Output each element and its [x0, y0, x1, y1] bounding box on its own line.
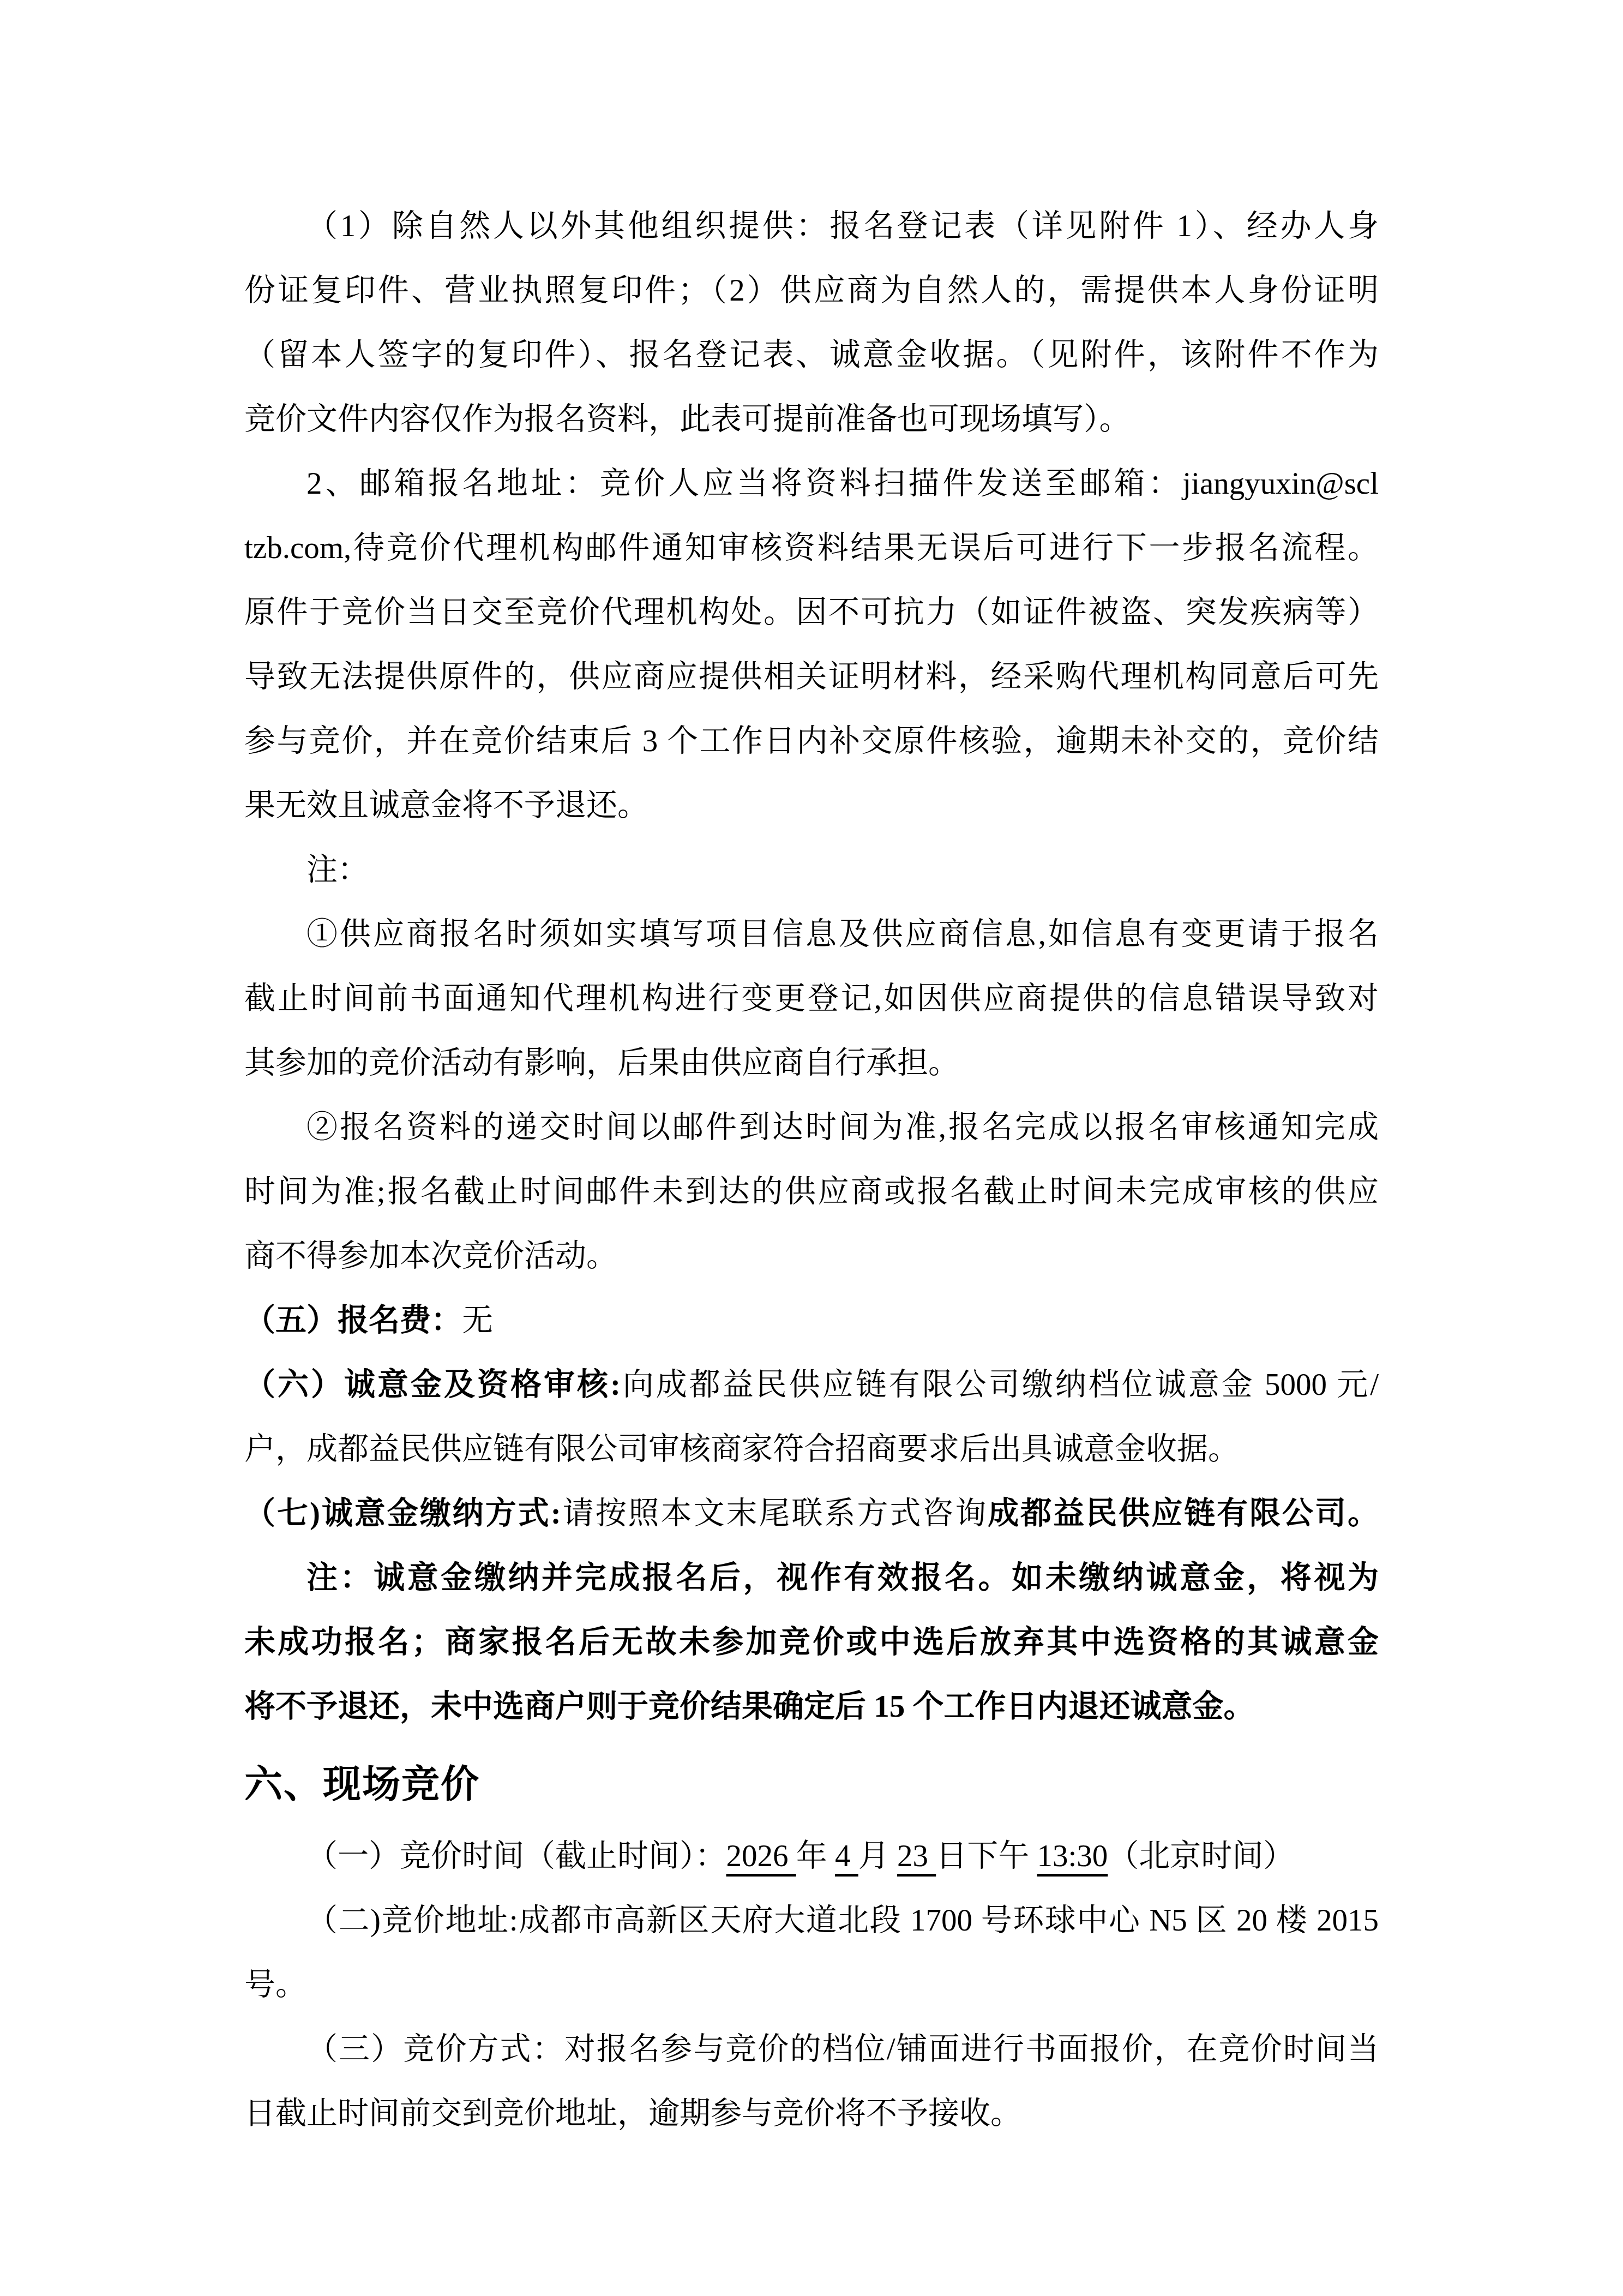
text-run: （1）除自然人以外其他组织提供：报名登记表（详见附件 1）、经办人身: [306, 209, 1379, 243]
text-run: 月: [858, 1839, 897, 1873]
text-run: （七)诚意金缴纳方式:: [244, 1496, 561, 1531]
text-line: （一）竞价时间（截止时间）：2026 年 4 月 23 日下午 13:30（北京…: [244, 1824, 1379, 1889]
text-line: 将不予退还，未中选商户则于竞价结果确定后 15 个工作日内退还诚意金。: [244, 1675, 1379, 1739]
text-run: 份证复印件、营业执照复印件；（2）供应商为自然人的，需提供本人身份证明: [244, 273, 1379, 308]
text-run: 年: [796, 1839, 835, 1873]
text-run: 请按照本文末尾联系方式咨询: [561, 1496, 988, 1531]
text-run: 日截止时间前交到竞价地址，逾期参与竞价将不予接收。: [244, 2096, 1021, 2131]
text-run: 成都益民供应链有限公司。: [988, 1496, 1379, 1531]
text-run: 竞价文件内容仅作为报名资料，此表可提前准备也可现场填写）。: [244, 402, 1131, 436]
text-run: ①供应商报名时须如实填写项目信息及供应商信息,如信息有变更请于报名: [306, 917, 1379, 951]
text-run: （六）诚意金及资格审核:: [244, 1368, 621, 1402]
text-line: ①供应商报名时须如实填写项目信息及供应商信息,如信息有变更请于报名: [244, 902, 1379, 967]
text-line: 2、邮箱报名地址：竞价人应当将资料扫描件发送至邮箱：jiangyuxin@scl: [244, 452, 1379, 516]
text-run: 日下午: [936, 1839, 1037, 1873]
text-run: tzb.com,待竞价代理机构邮件通知审核资料结果无误后可进行下一步报名流程。: [244, 531, 1379, 565]
text-run: （五）报名费：: [244, 1303, 462, 1338]
text-run: 导致无法提供原件的，供应商应提供相关证明材料，经采购代理机构同意后可先: [244, 660, 1379, 694]
text-line: 截止时间前书面通知代理机构进行变更登记,如因供应商提供的信息错误导致对: [244, 967, 1379, 1031]
text-line: （留本人签字的复印件）、报名登记表、诚意金收据。（见附件，该附件不作为: [244, 323, 1379, 387]
text-run: 未成功报名；商家报名后无故未参加竞价或中选后放弃其中选资格的其诚意金: [244, 1625, 1379, 1659]
text-run: 2026: [726, 1839, 796, 1873]
text-line: 注：诚意金缴纳并完成报名后，视作有效报名。如未缴纳诚意金，将视为: [244, 1546, 1379, 1610]
text-line: 参与竞价，并在竞价结束后 3 个工作日内补交原件核验，逾期未补交的，竞价结: [244, 709, 1379, 774]
text-run: （一）竞价时间（截止时间）：: [306, 1839, 726, 1873]
text-run: 户，成都益民供应链有限公司审核商家符合招商要求后出具诚意金收据。: [244, 1432, 1239, 1466]
text-run: 参与竞价，并在竞价结束后 3 个工作日内补交原件核验，逾期未补交的，竞价结: [244, 724, 1379, 758]
text-run: ②报名资料的递交时间以邮件到达时间为准,报名完成以报名审核通知完成: [306, 1110, 1379, 1144]
text-line: 时间为准;报名截止时间邮件未到达的供应商或报名截止时间未完成审核的供应: [244, 1160, 1379, 1224]
text-line: 商不得参加本次竞价活动。: [244, 1224, 1379, 1288]
text-run: 2、邮箱报名地址：竞价人应当将资料扫描件发送至邮箱：jiangyuxin@scl: [306, 466, 1379, 501]
text-run: 将不予退还，未中选商户则于竞价结果确定后 15 个工作日内退还诚意金。: [244, 1689, 1255, 1724]
text-line: （七)诚意金缴纳方式:请按照本文末尾联系方式咨询成都益民供应链有限公司。: [244, 1482, 1379, 1546]
text-line: 竞价文件内容仅作为报名资料，此表可提前准备也可现场填写）。: [244, 387, 1379, 452]
text-run: 号。: [244, 1968, 306, 2002]
text-line: 号。: [244, 1953, 1379, 2017]
text-run: （二)竞价地址:成都市高新区天府大道北段 1700 号环球中心 N5 区 20 …: [306, 1903, 1379, 1938]
text-line: （二)竞价地址:成都市高新区天府大道北段 1700 号环球中心 N5 区 20 …: [244, 1889, 1379, 1953]
text-line: 导致无法提供原件的，供应商应提供相关证明材料，经采购代理机构同意后可先: [244, 645, 1379, 709]
text-line: 份证复印件、营业执照复印件；（2）供应商为自然人的，需提供本人身份证明: [244, 259, 1379, 323]
text-run: 向成都益民供应链有限公司缴纳档位诚意金 5000 元/: [621, 1368, 1379, 1402]
text-line: 原件于竞价当日交至竞价代理机构处。因不可抗力（如证件被盗、突发疾病等）: [244, 580, 1379, 645]
text-line: 户，成都益民供应链有限公司审核商家符合招商要求后出具诚意金收据。: [244, 1417, 1379, 1482]
text-line: 未成功报名；商家报名后无故未参加竞价或中选后放弃其中选资格的其诚意金: [244, 1610, 1379, 1675]
text-line: 其参加的竞价活动有影响，后果由供应商自行承担。: [244, 1031, 1379, 1095]
text-line: （三）竞价方式：对报名参与竞价的档位/铺面进行书面报价，在竞价时间当: [244, 2017, 1379, 2082]
text-run: 六、现场竞价: [244, 1764, 480, 1806]
text-line: 果无效且诚意金将不予退还。: [244, 774, 1379, 838]
document-page: （1）除自然人以外其他组织提供：报名登记表（详见附件 1）、经办人身份证复印件、…: [0, 0, 1623, 2296]
text-run: （北京时间）: [1108, 1839, 1294, 1873]
text-run: （三）竞价方式：对报名参与竞价的档位/铺面进行书面报价，在竞价时间当: [306, 2032, 1379, 2066]
text-line: ②报名资料的递交时间以邮件到达时间为准,报名完成以报名审核通知完成: [244, 1095, 1379, 1160]
text-line: 注：: [244, 838, 1379, 902]
text-run: 13:30: [1037, 1839, 1108, 1873]
text-run: 注：诚意金缴纳并完成报名后，视作有效报名。如未缴纳诚意金，将视为: [306, 1561, 1379, 1595]
text-line: （1）除自然人以外其他组织提供：报名登记表（详见附件 1）、经办人身: [244, 194, 1379, 259]
text-line: （五）报名费：无: [244, 1288, 1379, 1353]
text-run: 果无效且诚意金将不予退还。: [244, 788, 648, 823]
text-run: 注：: [306, 853, 369, 887]
text-run: 23: [897, 1839, 936, 1873]
text-run: 无: [462, 1303, 493, 1338]
text-run: 商不得参加本次竞价活动。: [244, 1239, 617, 1273]
text-run: 截止时间前书面通知代理机构进行变更登记,如因供应商提供的信息错误导致对: [244, 981, 1379, 1016]
text-run: 时间为准;报名截止时间邮件未到达的供应商或报名截止时间未完成审核的供应: [244, 1174, 1379, 1209]
text-run: 原件于竞价当日交至竞价代理机构处。因不可抗力（如证件被盗、突发疾病等）: [244, 595, 1379, 630]
text-line: tzb.com,待竞价代理机构邮件通知审核资料结果无误后可进行下一步报名流程。: [244, 516, 1379, 580]
text-run: （留本人签字的复印件）、报名登记表、诚意金收据。（见附件，该附件不作为: [244, 338, 1379, 372]
text-run: 4: [835, 1839, 858, 1873]
text-line: （六）诚意金及资格审核:向成都益民供应链有限公司缴纳档位诚意金 5000 元/: [244, 1353, 1379, 1417]
text-line: 日截止时间前交到竞价地址，逾期参与竞价将不予接收。: [244, 2082, 1379, 2146]
text-run: 其参加的竞价活动有影响，后果由供应商自行承担。: [244, 1046, 959, 1080]
document-body: （1）除自然人以外其他组织提供：报名登记表（详见附件 1）、经办人身份证复印件、…: [244, 194, 1379, 2146]
section-heading: 六、现场竞价: [244, 1747, 1379, 1824]
